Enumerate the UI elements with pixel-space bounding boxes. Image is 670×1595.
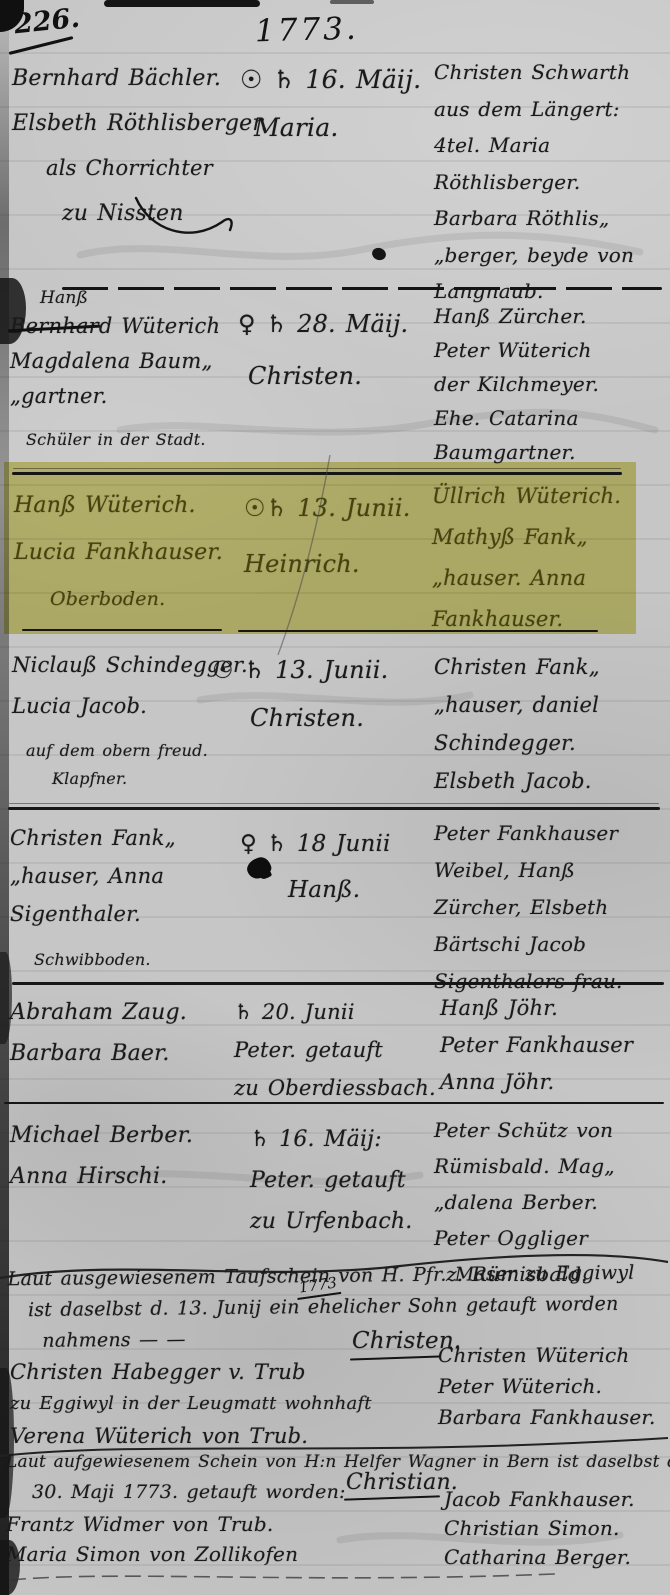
- handwritten-line: ☉ ♄ 13. Junii.: [212, 646, 388, 694]
- handwritten-line: Peter Oggliger: [434, 1220, 615, 1256]
- handwritten-line: Anna Jöhr.: [440, 1064, 633, 1101]
- handwritten-line: Zürcher, Elsbeth: [434, 889, 623, 926]
- handwritten-line: Christen Fank„: [10, 819, 176, 857]
- witnesses-column: Peter FankhauserWeibel, HanßZürcher, Els…: [434, 815, 623, 1000]
- handwritten-line: Elsbeth Jacob.: [434, 762, 600, 800]
- handwritten-line: Ehe. Catarina: [434, 401, 599, 435]
- parents-column: Hanß Wüterich.Lucia Fankhauser.Oberboden…: [14, 482, 223, 623]
- handwritten-line: Hanß: [10, 287, 220, 309]
- handwritten-line: „hauser, Anna: [10, 857, 176, 895]
- handwritten-line: Anna Hirschi.: [10, 1156, 193, 1197]
- handwritten-line: Peter Schütz von: [434, 1112, 615, 1148]
- page-number: 226.: [13, 3, 82, 41]
- handwritten-line: Röthlisberger.: [434, 164, 634, 201]
- handwritten-line: „gartner.: [10, 379, 220, 414]
- handwritten-line: „berger, beyde von: [434, 237, 634, 274]
- handwritten-line: Üllrich Wüterich.: [432, 476, 621, 517]
- handwritten-line: Hanß Wüterich.: [14, 482, 223, 529]
- handwritten-line: „dalena Berber.: [434, 1184, 615, 1220]
- handwritten-line: Peter. getauft: [234, 1031, 436, 1069]
- handwritten-line: Hanß Zürcher.: [434, 299, 599, 333]
- parents-column: HanßBernhard WüterichMagdalena Baum„„gar…: [10, 287, 220, 457]
- top-edge-smudge: [330, 0, 374, 4]
- handwritten-line: Baumgartner.: [434, 435, 599, 469]
- handwritten-line: Christen.: [212, 694, 388, 742]
- parents-column: Michael Berber.Anna Hirschi.: [10, 1115, 193, 1197]
- handwritten-line: Lucia Fankhauser.: [14, 529, 223, 576]
- handwritten-line: Christen Fank„: [434, 648, 600, 686]
- entry-separator: [22, 629, 222, 631]
- date-child-column: ☉♄ 13. Junii.Heinrich.: [244, 480, 411, 592]
- handwritten-line: Abraham Zaug.: [10, 992, 187, 1033]
- witnesses-column: Üllrich Wüterich.Mathyß Fank„„hauser. An…: [432, 476, 621, 640]
- handwritten-line: als Chorrichter: [12, 146, 268, 191]
- page-year-heading: 1773.: [255, 11, 360, 50]
- entry-separator: [238, 630, 598, 632]
- entry-separator: [8, 807, 660, 810]
- handwritten-line: 4tel. Maria: [434, 127, 634, 164]
- handwritten-line: zu Eggiwyl in der Leugmatt wohnhaft: [10, 1388, 372, 1420]
- handwritten-line: „hauser. Anna: [432, 558, 621, 599]
- handwritten-line: Bernhard Bächler.: [12, 56, 268, 101]
- date-child-column: ♀ ♄ 28. Mäij.Christen.: [238, 298, 408, 402]
- handwritten-line: Barbara Fankhauser.: [438, 1402, 656, 1433]
- parents-column: Abraham Zaug.Barbara Baer.: [10, 992, 187, 1074]
- entry-separator: [4, 1102, 664, 1104]
- handwritten-line: Schüler in der Stadt.: [10, 422, 220, 457]
- handwritten-line: Hanß Jöhr.: [440, 990, 633, 1027]
- handwritten-line: Laut aufgewiesenem Schein von H:n Helfer…: [6, 1448, 670, 1476]
- handwritten-line: Peter Fankhauser: [434, 815, 623, 852]
- child-name: Christian.: [346, 1470, 458, 1495]
- witnesses-column: Christen Schwarthaus dem Längert:4tel. M…: [434, 54, 634, 310]
- handwritten-line: Rümisbald. Mag„: [434, 1148, 615, 1184]
- handwritten-line: Elsbeth Röthlisberger.: [12, 101, 268, 146]
- handwritten-line: Maria.: [240, 104, 421, 152]
- handwritten-line: Michael Berber.: [10, 1115, 193, 1156]
- register-page-scan: 226. 1773. Bernhard Bächler.Elsbeth Röth…: [0, 0, 670, 1595]
- handwritten-line: Peter Wüterich: [434, 333, 599, 367]
- handwritten-line: Weibel, Hanß: [434, 852, 623, 889]
- parents-column: Bernhard Bächler.Elsbeth Röthlisberger.a…: [12, 56, 268, 236]
- handwritten-line: Magdalena Baum„: [10, 344, 220, 379]
- handwritten-line: Peter Wüterich.: [438, 1371, 656, 1402]
- parents-column: Christen Habegger v. Trubzu Eggiwyl in d…: [10, 1356, 372, 1452]
- handwritten-line: Catharina Berger.: [444, 1543, 635, 1572]
- ink-speck: [370, 246, 387, 262]
- handwritten-line: ♀ ♄ 28. Mäij.: [238, 298, 408, 350]
- handwritten-line: Klapfner.: [12, 765, 248, 793]
- handwritten-line: Oberboden.: [14, 576, 223, 623]
- handwritten-line: Bärtschi Jacob: [434, 926, 623, 963]
- date-child-column: ♄ 20. JuniiPeter. getauftzu Oberdiessbac…: [234, 993, 436, 1107]
- handwritten-line: Barbara Röthlis„: [434, 200, 634, 237]
- handwritten-line: „hauser, daniel: [434, 686, 600, 724]
- handwritten-line: Heinrich.: [244, 536, 411, 592]
- parents-column: Frantz Widmer von Trub.Maria Simon von Z…: [6, 1509, 298, 1569]
- handwritten-line: Fankhauser.: [432, 599, 621, 640]
- witnesses-column: Hanß Jöhr.Peter FankhauserAnna Jöhr.: [440, 990, 633, 1101]
- handwritten-line: Christen.: [238, 350, 408, 402]
- handwritten-line: zu Nissten: [12, 191, 268, 236]
- handwritten-line: Schwibboden.: [10, 941, 176, 979]
- handwritten-line: Sigenthaler.: [10, 895, 176, 933]
- handwritten-line: ☉ ♄ 16. Mäij.: [240, 56, 421, 104]
- top-edge-smudge: [104, 0, 260, 7]
- date-child-column: ☉ ♄ 16. Mäij.Maria.: [240, 56, 421, 152]
- handwritten-line: Schindegger.: [434, 724, 600, 762]
- witnesses-column: Hanß Zürcher.Peter Wüterichder Kilchmeye…: [434, 299, 599, 469]
- witnesses-column: Christen WüterichPeter Wüterich.Barbara …: [438, 1340, 656, 1433]
- handwritten-line: Frantz Widmer von Trub.: [6, 1509, 298, 1539]
- handwritten-line: ♄ 16. Mäij:: [250, 1119, 412, 1160]
- handwritten-line: Peter Fankhauser: [440, 1027, 633, 1064]
- witnesses-column: Christen Fank„„hauser, danielSchindegger…: [434, 648, 600, 800]
- handwritten-line: aus dem Längert:: [434, 91, 634, 128]
- date-child-column: ♄ 16. Mäij:Peter. getauftzu Urfenbach.: [250, 1119, 412, 1242]
- handwritten-line: Maria Simon von Zollikofen: [6, 1539, 298, 1569]
- handwritten-line: ☉♄ 13. Junii.: [244, 480, 411, 536]
- handwritten-line: ♄ 20. Junii: [234, 993, 436, 1031]
- handwritten-line: Christen Schwarth: [434, 54, 634, 91]
- handwritten-line: der Kilchmeyer.: [434, 367, 599, 401]
- handwritten-line: Christen Habegger v. Trub: [10, 1356, 372, 1388]
- handwritten-line: Mathyß Fank„: [432, 517, 621, 558]
- witnesses-column: Jacob Fankhauser.Christian Simon.Cathari…: [444, 1485, 635, 1572]
- handwritten-line: Christen Wüterich: [438, 1340, 656, 1371]
- handwritten-line: Barbara Baer.: [10, 1033, 187, 1074]
- entry-separator: [12, 982, 664, 985]
- parents-column: Christen Fank„„hauser, AnnaSigenthaler.S…: [10, 819, 176, 979]
- handwritten-line: Peter. getauft: [250, 1160, 412, 1201]
- handwritten-line: Bernhard Wüterich: [10, 309, 220, 344]
- handwritten-line: Jacob Fankhauser.: [444, 1485, 635, 1514]
- handwritten-line: zu Urfenbach.: [250, 1201, 412, 1242]
- date-child-column: ☉ ♄ 13. Junii.Christen.: [212, 646, 388, 742]
- handwritten-line: Christian Simon.: [444, 1514, 635, 1543]
- entry-separator: [12, 472, 622, 475]
